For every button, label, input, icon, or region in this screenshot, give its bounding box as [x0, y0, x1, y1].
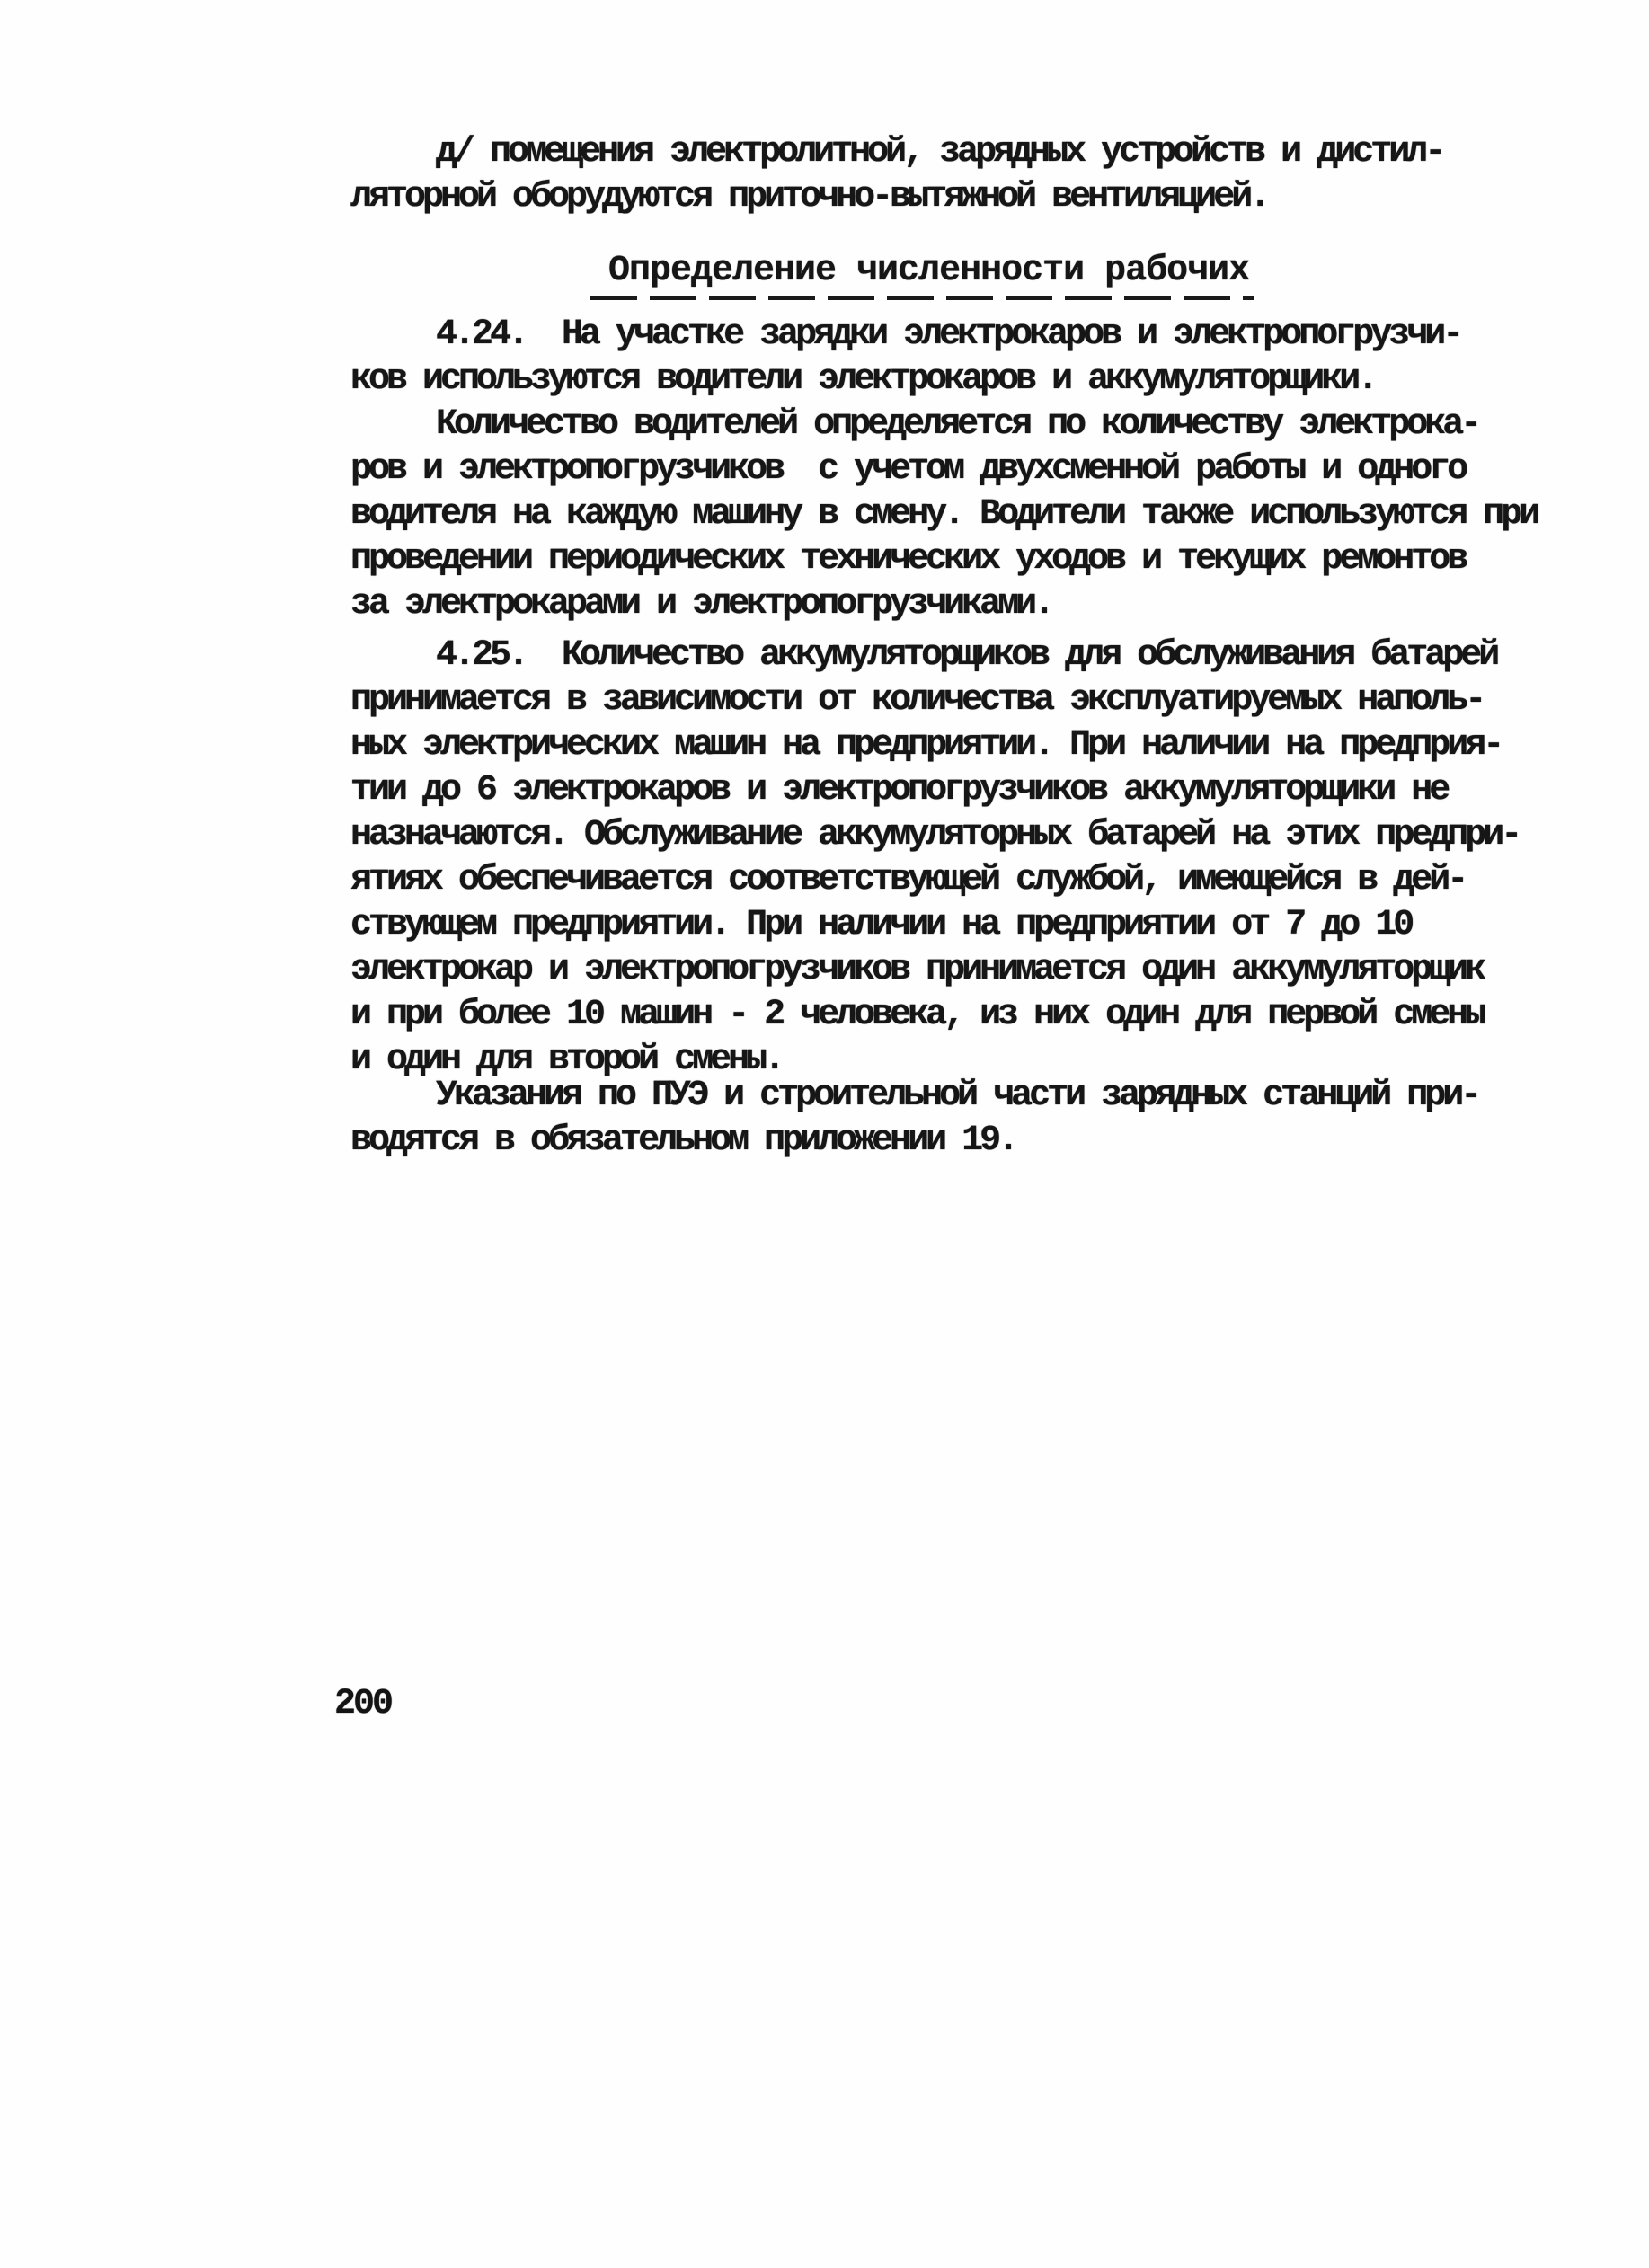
scanned-document-page: д/ помещения электролитной, зарядных уст…	[0, 0, 1649, 2268]
text-line: водителя на каждую машину в смену. Водит…	[350, 492, 1591, 537]
paragraph-intro: д/ помещения электролитной, зарядных уст…	[350, 130, 1591, 220]
text-line: за электрокарами и электропогрузчиками.	[350, 582, 1591, 627]
text-line: ляторной оборудуются приточно-вытяжной в…	[350, 175, 1591, 220]
text-line: проведении периодических технических ухо…	[350, 537, 1591, 582]
page-number: 200	[334, 1682, 391, 1727]
section-heading: Определение численности рабочих	[590, 250, 1249, 300]
text-line: назначаются. Обслуживание аккумуляторных…	[350, 813, 1591, 858]
text-line: 4.25. Количество аккумуляторщиков для об…	[350, 633, 1591, 678]
text-line: тии до 6 электрокаров и электропогрузчик…	[350, 768, 1591, 813]
text-line: принимается в зависимости от количества …	[350, 678, 1591, 723]
text-line: ствующем предприятии. При наличии на пре…	[350, 903, 1591, 948]
text-line: водятся в обязательном приложении 19.	[350, 1119, 1591, 1164]
text-line: ных электрических машин на предприятии. …	[350, 723, 1591, 768]
text-line: Указания по ПУЭ и строительной части зар…	[350, 1074, 1591, 1119]
text-line: д/ помещения электролитной, зарядных уст…	[350, 130, 1591, 175]
text-line: ков используются водители электрокаров и…	[350, 358, 1591, 403]
paragraph-4-24: 4.24. На участке зарядки электрокаров и …	[350, 313, 1591, 627]
paragraph-4-25: 4.25. Количество аккумуляторщиков для об…	[350, 633, 1591, 1083]
text-line: электрокар и электропогрузчиков принимае…	[350, 948, 1591, 993]
text-line: 4.24. На участке зарядки электрокаров и …	[350, 313, 1591, 358]
text-line: ров и электропогрузчиков с учетом двухсм…	[350, 447, 1591, 492]
paragraph-instructions: Указания по ПУЭ и строительной части зар…	[350, 1074, 1591, 1164]
text-line: Количество водителей определяется по кол…	[350, 403, 1591, 447]
text-line: ятиях обеспечивается соответствующей слу…	[350, 858, 1591, 903]
text-line: и при более 10 машин - 2 человека, из ни…	[350, 993, 1591, 1038]
